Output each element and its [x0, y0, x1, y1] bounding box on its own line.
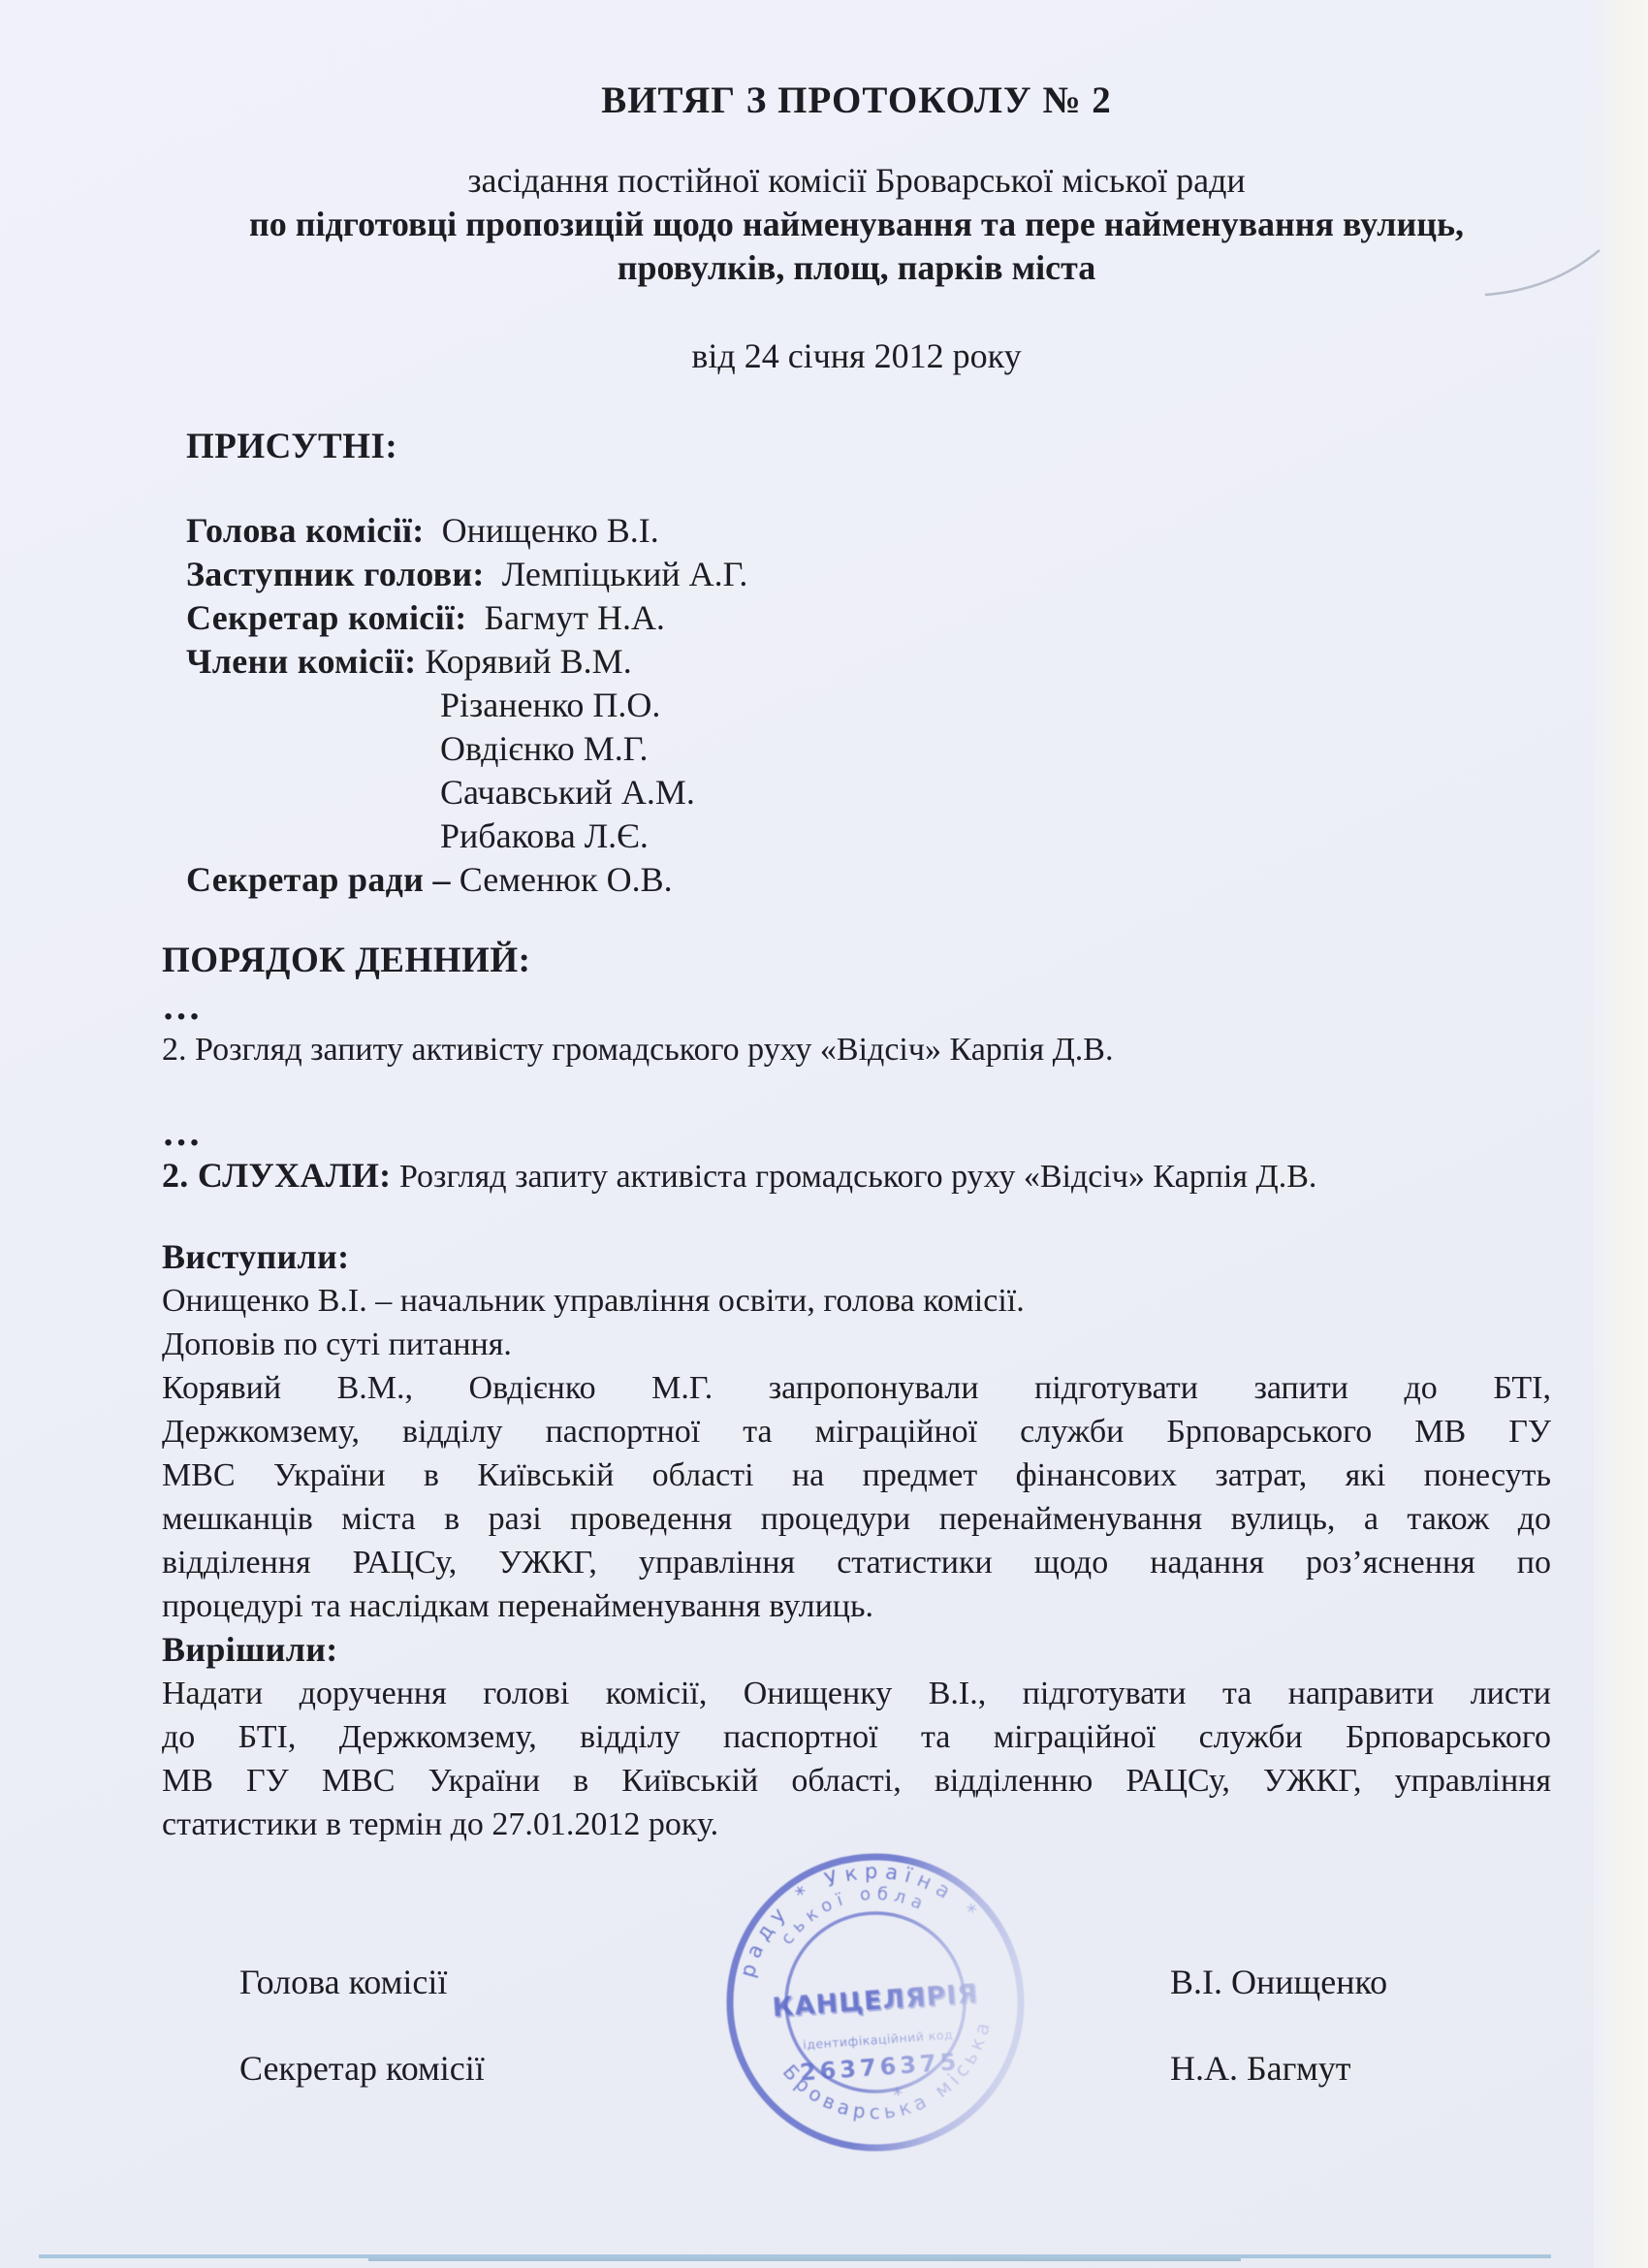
scan-edge-line	[39, 2254, 1551, 2258]
speech-paragraph-line: Держкомзему, відділу паспортної та мігра…	[162, 1410, 1551, 1453]
member-name: Різаненко П.О.	[186, 684, 1551, 727]
attendees-heading: ПРИСУТНІ:	[186, 425, 1551, 468]
attendee-row-council-secretary: Секретар ради – Семенюк О.В.	[186, 858, 1551, 902]
role-name: Онищенко В.І.	[442, 511, 659, 550]
attendees-list: Голова комісії: Онищенко В.І. Заступник …	[186, 509, 1551, 902]
signature-row-secretary: Секретар комісії Н.А. Багмут	[162, 2047, 1551, 2091]
document-subtitle: засідання постійної комісії Броварської …	[162, 159, 1551, 290]
date-line: від 24 січня 2012 року	[162, 335, 1551, 378]
signature-role: Голова комісії	[239, 1961, 1170, 2004]
document-content: ВИТЯГ З ПРОТОКОЛУ № 2 засідання постійно…	[162, 0, 1551, 2091]
signature-row-chair: Голова комісії В.І. Онищенко	[162, 1961, 1551, 2004]
decision-line: МВ ГУ МВС України в Київській області, в…	[162, 1759, 1551, 1803]
speech-paragraph-line: Корявий В.М., Овдієнко М.Г. запропонувал…	[162, 1366, 1551, 1410]
speeches-heading: Виступили:	[162, 1235, 1551, 1279]
role-name: Семенюк О.В.	[460, 860, 673, 899]
agenda-ellipsis: …	[162, 984, 1551, 1028]
decision-line: Надати доручення голові комісії, Онищенк…	[162, 1672, 1551, 1715]
member-name: Овдієнко М.Г.	[186, 727, 1551, 771]
speech-paragraph-line: МВС України в Київській області на предм…	[162, 1453, 1551, 1497]
speech-intro-line-1: Онищенко В.І. – начальник управління осв…	[162, 1279, 1551, 1323]
decision-heading: Вирішили:	[162, 1628, 1551, 1672]
scanned-protocol-page: ВИТЯГ З ПРОТОКОЛУ № 2 засідання постійно…	[0, 0, 1648, 2268]
speech-paragraph-line: мешканців міста в разі проведення процед…	[162, 1497, 1551, 1541]
role-name: Корявий В.М.	[425, 642, 631, 681]
role-label: Секретар ради –	[186, 860, 451, 899]
agenda-heading: ПОРЯДОК ДЕННИЙ:	[162, 939, 1551, 982]
scan-edge-line-dark	[368, 2258, 1241, 2261]
role-name: Лемпіцький А.Г.	[502, 555, 748, 593]
heard-label: 2. СЛУХАЛИ:	[162, 1156, 391, 1195]
subtitle-line-3: провулків, площ, парків міста	[162, 246, 1551, 290]
role-label: Заступник голови:	[186, 555, 485, 593]
heard-line: 2. СЛУХАЛИ: Розгляд запиту активіста гро…	[162, 1154, 1551, 1198]
attendee-row-secretary: Секретар комісії: Багмут Н.А.	[186, 596, 1551, 640]
attendee-row-members: Члени комісії: Корявий В.М.	[186, 640, 1551, 684]
heard-text: Розгляд запиту активіста громадського ру…	[399, 1159, 1316, 1195]
heard-ellipsis: …	[162, 1110, 1551, 1154]
subtitle-line-1: засідання постійної комісії Броварської …	[162, 159, 1551, 203]
role-label: Члени комісії:	[186, 642, 416, 681]
decision-line: до БТІ, Держкомзему, відділу паспортної …	[162, 1715, 1551, 1759]
scanner-edge-strip	[1594, 0, 1648, 2268]
member-name: Рибакова Л.Є.	[186, 815, 1551, 858]
signature-name: В.І. Онищенко	[1170, 1961, 1387, 2004]
signature-name: Н.А. Багмут	[1170, 2047, 1350, 2091]
decision-line: статистики в термін до 27.01.2012 року.	[162, 1803, 1551, 1846]
subtitle-line-2: по підготовці пропозицій щодо найменуван…	[162, 203, 1551, 246]
role-label: Голова комісії:	[186, 511, 425, 550]
signature-role: Секретар комісії	[239, 2047, 1170, 2091]
speech-paragraph-line: відділення РАЦСу, УЖКГ, управління стати…	[162, 1541, 1551, 1584]
agenda-item-2: 2. Розгляд запиту активісту громадського…	[162, 1028, 1551, 1071]
role-name: Багмут Н.А.	[484, 598, 664, 637]
speech-intro-line-2: Доповів по суті питання.	[162, 1323, 1551, 1366]
role-label: Секретар комісії:	[186, 598, 466, 637]
attendee-row-deputy: Заступник голови: Лемпіцький А.Г.	[186, 553, 1551, 596]
attendee-row-chair: Голова комісії: Онищенко В.І.	[186, 509, 1551, 553]
member-name: Сачавський А.М.	[186, 771, 1551, 815]
document-title: ВИТЯГ З ПРОТОКОЛУ № 2	[162, 0, 1551, 124]
speech-paragraph-line: процедурі та наслідкам перенайменування …	[162, 1584, 1551, 1628]
